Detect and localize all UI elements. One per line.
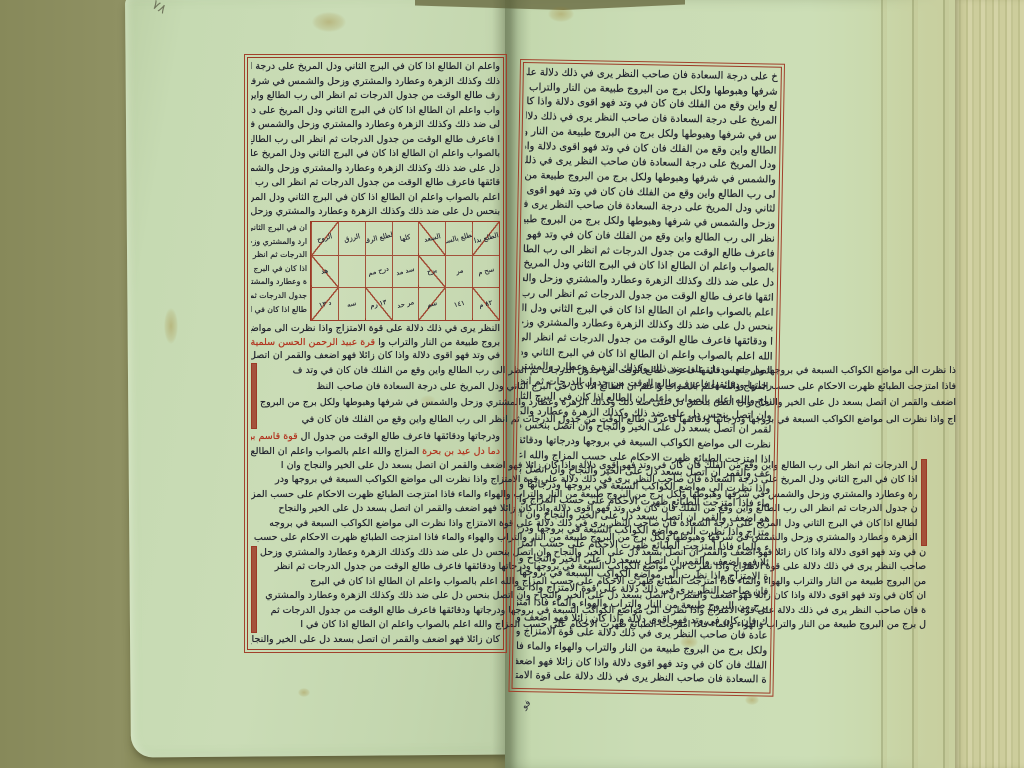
table-cell: رم	[253, 590, 254, 611]
astrological-table-4: الطلع الميزانالمرهرتحبالروه الرنطلدمومد …	[251, 546, 257, 633]
table-cell: الزمره الزينه	[925, 460, 926, 481]
table-cell: ٢٢	[922, 503, 923, 524]
fore-edge-pages	[955, 0, 1024, 768]
table-cell: ١٤١	[923, 524, 924, 545]
table-cell: بو	[923, 460, 924, 481]
table-cell: سح م	[472, 255, 499, 288]
table-cell: سم	[418, 287, 445, 320]
table-cell: سم	[924, 524, 925, 545]
table-cell: مر حد	[392, 287, 419, 320]
left-text-block-c: النظر يرى في ذلك دلالة على قوة الامتزاج …	[251, 322, 500, 363]
table-cell: حد	[253, 412, 254, 428]
table-cell: درح مم	[365, 255, 392, 288]
left-row-b: ان في البرج الثاني ودل المريخ على درجة ا…	[251, 221, 500, 321]
manuscript-line: رف طالع الوقت من جدول الدرجات ثم انظر ال…	[251, 89, 500, 104]
table-cell: هد	[311, 255, 338, 288]
table-cell: سه	[338, 287, 365, 320]
table-cell	[255, 380, 256, 396]
table-cell: مل	[253, 380, 254, 396]
left-row-g: الطلع الميزانالمرهرتحبالروه الرنطلدمومد …	[251, 546, 500, 633]
astrological-table-2: مرتالارمالطلعهبلو امملمد٣ ممروسم ١٣ممحد٧…	[251, 363, 257, 429]
table-cell: الطلع الرقم	[365, 222, 392, 255]
manuscript-line: في وتد فهو اقوى دلالة واذا كان زائلا فهو…	[251, 349, 500, 363]
table-cell: سد مد	[392, 255, 419, 288]
left-row-f: ل الدرجات ثم انظر الى رب الطالع واين وقع…	[251, 459, 500, 546]
manuscript-line: ة وعطارد والمشتري وزحل والشمس في شرفها و…	[251, 275, 307, 289]
astrological-table-1: الطلع بداالطلع بالسمالسعدكلهاالطلع الرقم…	[310, 221, 500, 321]
table-cell: مم	[922, 524, 923, 545]
left-text-block-e: ودرجاتها ودقائقها فاعرف طالع الوقت من جد…	[251, 429, 500, 459]
table-cell: مم	[254, 412, 255, 428]
table-cell: المر	[254, 547, 255, 568]
manuscript-line: ذلك وكذلك الزهرة وعطارد والمشتري وزحل وا…	[251, 75, 500, 90]
manuscript-line: واب واعلم ان الطالع اذا كان في البرج الث…	[251, 104, 500, 119]
left-margin-column: ان في البرج الثاني ودل المريخ على درجة ا…	[251, 221, 307, 321]
table-cell: بم حد	[254, 611, 255, 632]
manuscript-line: ا فاعرف طالع الوقت من جدول الدرجات ثم ان…	[251, 133, 500, 148]
manuscript-line: الدرجات ثم انظر الى رب الطالع واين وقع م…	[251, 248, 307, 262]
left-text-frame: واعلم ان الطالع اذا كان في البرج الثاني …	[247, 57, 504, 650]
manuscript-line: قائقها فاعرف طالع الوقت من جدول الدرجات …	[251, 176, 500, 191]
table-cell: كلها	[392, 222, 419, 255]
manuscript-line: بنحس دل على ضد ذلك وكذلك الزهرة وعطارد و…	[251, 205, 500, 220]
table-cell: ١٢٣	[252, 590, 253, 611]
table-cell: حم	[922, 481, 923, 502]
manuscript-line: ودرجاتها ودقائقها فاعرف طالع الوقت من جد…	[251, 429, 500, 444]
manuscript-photo: ٧٨ واعلم ان الطالع اذا كان في البرج الثا…	[0, 0, 1024, 768]
table-cell: هب	[252, 364, 253, 380]
right-text-frame: خ على درجة السعادة فان صاحب النظر يرى في…	[512, 62, 782, 694]
table-cell: ٣ مم	[253, 396, 254, 412]
table-cell: الطلع الميزان	[255, 547, 256, 568]
table-cell	[338, 255, 365, 288]
manuscript-line: جدول الدرجات ثم انظر الى رب الطالع واين …	[251, 289, 307, 303]
table-cell: مر	[924, 460, 925, 481]
table-cell: مرو	[924, 503, 925, 524]
table-cell: الطلع بدا	[472, 222, 499, 255]
table-cell: هدا	[923, 481, 924, 502]
table-cell: د ١٣	[311, 287, 338, 320]
manuscript-line: اذا كان في البرج الثاني ودل المريخ على د…	[251, 262, 307, 276]
table-cell: حب	[252, 547, 253, 568]
table-cell	[252, 568, 253, 589]
table-cell: ١٤١	[445, 287, 472, 320]
table-cell: مد ل	[255, 590, 256, 611]
table-cell: مد	[255, 396, 256, 412]
manuscript-line: واعلم ان الطالع اذا كان في البرج الثاني …	[251, 60, 500, 75]
table-cell: ٣ب	[254, 590, 255, 611]
table-cell: الروح	[311, 222, 338, 255]
table-cell: د	[924, 481, 925, 502]
table-cell: ٨٢ م	[472, 287, 499, 320]
table-cell	[254, 396, 255, 412]
table-cell: برح	[418, 255, 445, 288]
manuscript-line: النظر يرى في ذلك دلالة على قوة الامتزاج …	[251, 322, 500, 336]
manuscript-line: دل على ضد ذلك وكذلك الزهرة وعطارد والمشت…	[251, 162, 500, 177]
table-cell: هرت	[253, 547, 254, 568]
manuscript-line: بالصواب واعلم ان الطالع اذا كان في البرج…	[251, 147, 500, 162]
table-cell: ١٣ رم	[365, 287, 392, 320]
table-cell: الارم	[254, 364, 255, 380]
table-cell: ٣م	[922, 460, 923, 481]
table-cell: مم	[925, 481, 926, 502]
table-cell: ٣م	[925, 524, 926, 545]
table-cell: سم ١٣	[255, 412, 256, 428]
manuscript-line: ارد والمشتري وزحل والشمس في شرفها وهبوطه…	[251, 235, 307, 249]
manuscript-line: لى ضد ذلك وكذلك الزهرة وعطارد والمشتري و…	[251, 118, 500, 133]
manuscript-line: ان في البرج الثاني ودل المريخ على درجة ا…	[251, 221, 307, 235]
manuscript-line: طالع اذا كان في البرج الثاني ودل المريخ …	[251, 303, 307, 317]
table-cell: لو ام	[254, 380, 255, 396]
left-text-block-a: واعلم ان الطالع اذا كان في البرج الثاني …	[251, 60, 500, 221]
table-cell: الطلع	[253, 364, 254, 380]
table-cell: الرزق	[338, 222, 365, 255]
left-row-d: مرتالارمالطلعهبلو امملمد٣ ممروسم ١٣ممحد٧…	[251, 363, 500, 429]
table-cell: سد	[923, 503, 924, 524]
table-cell: الروه الرنط	[255, 568, 256, 589]
manuscript-line: دما دل عيد بن بحرة المزاج والله اعلم بال…	[251, 444, 500, 459]
table-cell: السعد	[418, 222, 445, 255]
table-cell: مر	[445, 255, 472, 288]
left-text-block-h: كان زائلا فهو اضعف والقمر ان اتصل بسعد د…	[251, 633, 500, 648]
table-cell: رو	[252, 396, 253, 412]
manuscript-line: كان زائلا فهو اضعف والقمر ان اتصل بسعد د…	[251, 633, 500, 647]
table-cell: ١٣ رم	[925, 503, 926, 524]
table-cell: م	[252, 611, 253, 632]
table-cell: لد	[254, 568, 255, 589]
right-text-block: خ على درجة السعادة فان صاحب النظر يرى في…	[516, 66, 778, 689]
table-cell	[252, 380, 253, 396]
table-cell: سم	[255, 611, 256, 632]
manuscript-line: بروج طبيعة من النار والتراب وا قرة عبيد …	[251, 336, 500, 350]
table-cell: الطلع بالسم	[445, 222, 472, 255]
manuscript-line: اعلم بالصواب واعلم ان الطالع اذا كان في …	[251, 191, 500, 206]
table-cell: مرت	[255, 364, 256, 380]
table-cell: ٧٣ م	[252, 412, 253, 428]
astrological-table-3: الزمره الزينهمربو٣مممدهداحم١٣ رممروسد٢٢٣…	[921, 459, 927, 546]
table-cell: ٢٧	[253, 611, 254, 632]
table-cell: مو	[253, 568, 254, 589]
